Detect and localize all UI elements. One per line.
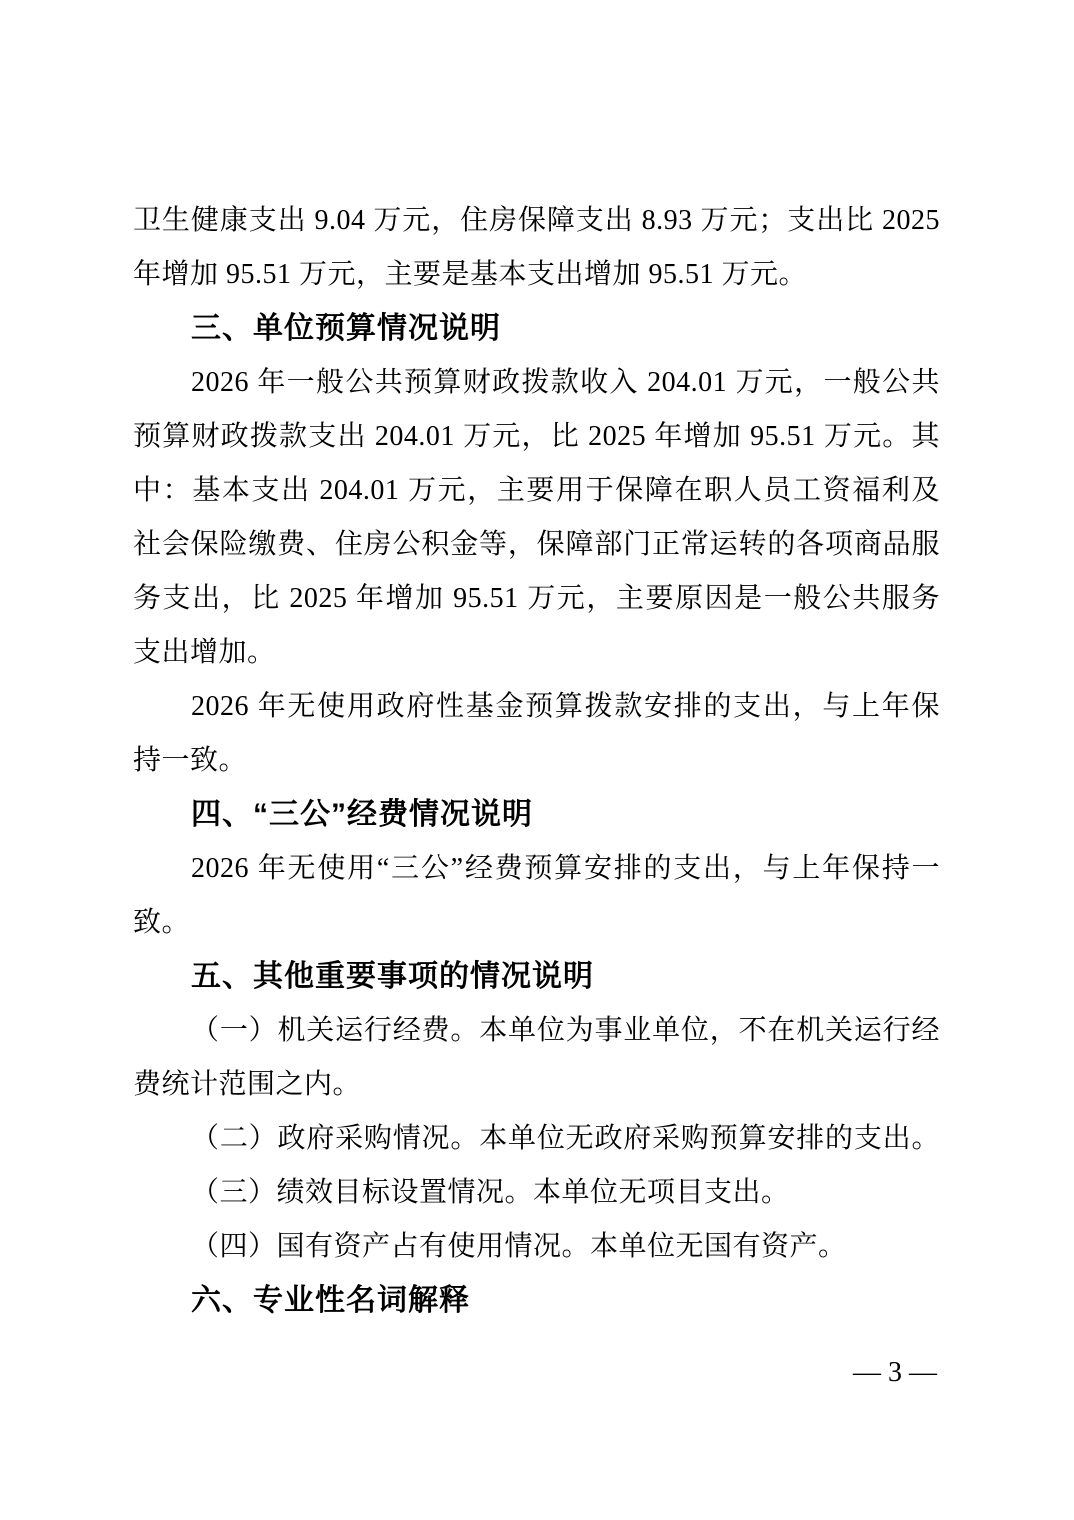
- text-line: 卫生健康支出 9.04 万元，住房保障支出 8.93 万元；支出比 2025: [133, 194, 940, 248]
- text-line: 社会保险缴费、住房公积金等，保障部门正常运转的各项商品服: [133, 518, 940, 572]
- page-number: — 3 —: [853, 1346, 937, 1400]
- section-heading: 三、单位预算情况说明: [133, 302, 940, 356]
- text-line: 持一致。: [133, 734, 940, 788]
- text-line: （四）国有资产占有使用情况。本单位无国有资产。: [133, 1220, 940, 1274]
- text-line: 2026 年一般公共预算财政拨款收入 204.01 万元，一般公共: [133, 356, 940, 410]
- text-line: （三）绩效目标设置情况。本单位无项目支出。: [133, 1166, 940, 1220]
- document-body: 卫生健康支出 9.04 万元，住房保障支出 8.93 万元；支出比 2025年增…: [133, 194, 940, 1328]
- section-heading: 五、其他重要事项的情况说明: [133, 950, 940, 1004]
- text-line: 致。: [133, 896, 940, 950]
- text-line: 年增加 95.51 万元，主要是基本支出增加 95.51 万元。: [133, 248, 940, 302]
- text-line: （一）机关运行经费。本单位为事业单位，不在机关运行经: [133, 1004, 940, 1058]
- section-heading: 六、专业性名词解释: [133, 1274, 940, 1328]
- text-line: 2026 年无使用“三公”经费预算安排的支出，与上年保持一: [133, 842, 940, 896]
- text-line: 费统计范围之内。: [133, 1058, 940, 1112]
- section-heading: 四、“三公”经费情况说明: [133, 788, 940, 842]
- document-page: 卫生健康支出 9.04 万元，住房保障支出 8.93 万元；支出比 2025年增…: [0, 0, 1074, 1520]
- text-line: 支出增加。: [133, 626, 940, 680]
- text-line: 务支出，比 2025 年增加 95.51 万元，主要原因是一般公共服务: [133, 572, 940, 626]
- text-line: 中：基本支出 204.01 万元，主要用于保障在职人员工资福利及: [133, 464, 940, 518]
- text-line: 2026 年无使用政府性基金预算拨款安排的支出，与上年保: [133, 680, 940, 734]
- text-line: （二）政府采购情况。本单位无政府采购预算安排的支出。: [133, 1112, 940, 1166]
- text-line: 预算财政拨款支出 204.01 万元，比 2025 年增加 95.51 万元。其: [133, 410, 940, 464]
